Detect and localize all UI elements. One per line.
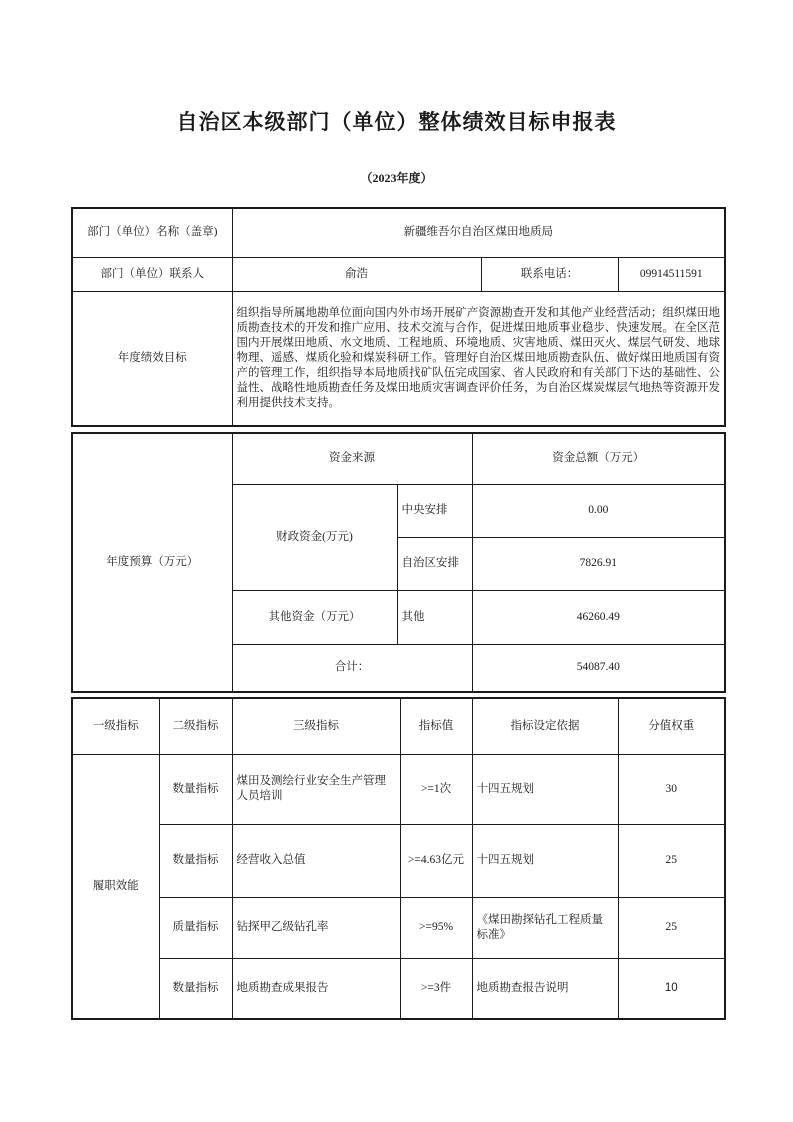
indicator-weight: 25 <box>618 824 725 897</box>
indicators-header-row: 一级指标 二级指标 三级指标 指标值 指标设定依据 分值权重 <box>72 698 725 754</box>
indicator-name: 地质勘查成果报告 <box>232 958 400 1019</box>
level1-indicator: 履职效能 <box>72 754 159 1019</box>
indicator-basis: 十四五规划 <box>472 824 618 897</box>
header-level1: 一级指标 <box>72 698 159 754</box>
page-title: 自治区本级部门（单位）整体绩效目标申报表 <box>0 0 793 136</box>
indicator-weight: 25 <box>618 897 725 958</box>
basic-info-table: 部门（单位）名称（盖章) 新疆维吾尔自治区煤田地质局 部门（单位）联系人 俞浩 … <box>71 207 726 427</box>
funding-source-header: 资金来源 <box>232 433 472 484</box>
other-sub-label: 其他 <box>397 590 472 644</box>
header-value: 指标值 <box>400 698 472 754</box>
central-amount: 0.00 <box>472 484 725 537</box>
indicator-type: 质量指标 <box>159 897 232 958</box>
indicator-row: 质量指标 钻探甲乙级钻孔率 >=95% 《煤田勘探钻孔工程质量标准》 25 <box>72 897 725 958</box>
budget-header-row: 年度预算（万元） 资金来源 资金总额（万元） <box>72 433 725 484</box>
indicator-name: 钻探甲乙级钻孔率 <box>232 897 400 958</box>
budget-label: 年度预算（万元） <box>72 433 232 692</box>
annual-goal-label: 年度绩效目标 <box>72 291 232 426</box>
header-weight: 分值权重 <box>618 698 725 754</box>
indicator-row: 履职效能 数量指标 煤田及测绘行业安全生产管理人员培训 >=1次 十四五规划 3… <box>72 754 725 824</box>
dept-name-value: 新疆维吾尔自治区煤田地质局 <box>232 208 725 257</box>
indicator-basis: 十四五规划 <box>472 754 618 824</box>
indicator-basis: 《煤田勘探钻孔工程质量标准》 <box>472 897 618 958</box>
indicator-type: 数量指标 <box>159 958 232 1019</box>
indicator-type: 数量指标 <box>159 824 232 897</box>
indicator-value: >=4.63亿元 <box>400 824 472 897</box>
regional-amount: 7826.91 <box>472 537 725 590</box>
header-basis: 指标设定依据 <box>472 698 618 754</box>
indicator-weight: 30 <box>618 754 725 824</box>
header-level3: 三级指标 <box>232 698 400 754</box>
central-label: 中央安排 <box>397 484 472 537</box>
dept-name-label: 部门（单位）名称（盖章) <box>72 208 232 257</box>
regional-label: 自治区安排 <box>397 537 472 590</box>
contact-row: 部门（单位）联系人 俞浩 联系电话： 09914511591 <box>72 257 725 291</box>
indicator-value: >=95% <box>400 897 472 958</box>
indicator-row: 数量指标 地质勘查成果报告 >=3件 地质勘查报告说明 10 <box>72 958 725 1019</box>
phone-value: 09914511591 <box>618 257 725 291</box>
fiscal-funds-label: 财政资金(万元) <box>232 484 397 590</box>
other-amount: 46260.49 <box>472 590 725 644</box>
indicator-type: 数量指标 <box>159 754 232 824</box>
page-subtitle: （2023年度） <box>0 169 793 186</box>
total-amount: 54087.40 <box>472 644 725 692</box>
header-level2: 二级指标 <box>159 698 232 754</box>
contact-label: 部门（单位）联系人 <box>72 257 232 291</box>
indicator-name: 经营收入总值 <box>232 824 400 897</box>
dept-name-row: 部门（单位）名称（盖章) 新疆维吾尔自治区煤田地质局 <box>72 208 725 257</box>
phone-label: 联系电话： <box>481 257 618 291</box>
indicators-table: 一级指标 二级指标 三级指标 指标值 指标设定依据 分值权重 履职效能 数量指标… <box>71 697 726 1020</box>
indicator-name: 煤田及测绘行业安全生产管理人员培训 <box>232 754 400 824</box>
contact-value: 俞浩 <box>232 257 481 291</box>
indicator-row: 数量指标 经营收入总值 >=4.63亿元 十四五规划 25 <box>72 824 725 897</box>
indicator-value: >=3件 <box>400 958 472 1019</box>
document-page: 自治区本级部门（单位）整体绩效目标申报表 （2023年度） 部门（单位）名称（盖… <box>0 0 793 1122</box>
indicator-basis: 地质勘查报告说明 <box>472 958 618 1019</box>
other-funds-label: 其他资金（万元） <box>232 590 397 644</box>
annual-goal-row: 年度绩效目标 组织指导所属地勘单位面向国内外市场开展矿产资源勘查开发和其他产业经… <box>72 291 725 426</box>
funding-total-header: 资金总额（万元） <box>472 433 725 484</box>
budget-table: 年度预算（万元） 资金来源 资金总额（万元） 财政资金(万元) 中央安排 0.0… <box>71 432 726 693</box>
annual-goal-text: 组织指导所属地勘单位面向国内外市场开展矿产资源勘查开发和其他产业经营活动；组织煤… <box>232 291 725 426</box>
indicator-weight: 10 <box>618 958 725 1019</box>
total-label: 合计： <box>232 644 472 692</box>
indicator-value: >=1次 <box>400 754 472 824</box>
